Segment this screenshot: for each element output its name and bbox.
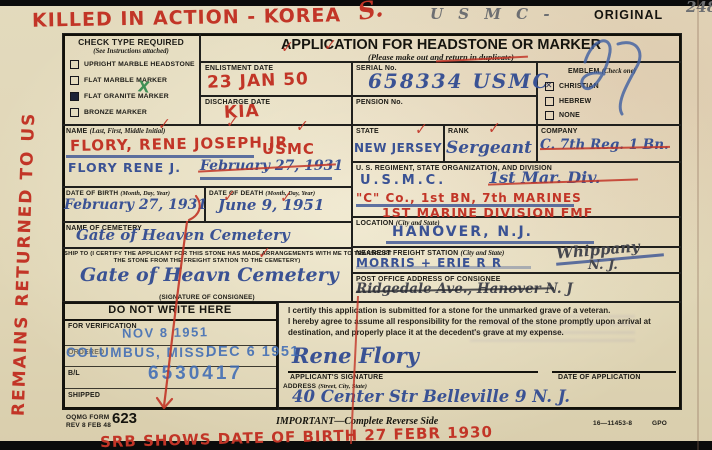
checkbox-hebrew: [545, 97, 554, 106]
red-checkmark: ✓: [488, 120, 502, 137]
kia-korea-annotation: KILLED IN ACTION - KOREA: [32, 4, 341, 31]
blue-underline-name-date: [200, 177, 332, 180]
name-label: NAME: [66, 128, 87, 135]
state-label: STATE: [356, 128, 379, 136]
option-hebrew: HEBREW: [559, 98, 591, 106]
date-of-application-line: [552, 371, 676, 373]
print-code: 16—11453-8: [593, 420, 632, 427]
check-type-title: CHECK TYPE REQUIRED: [66, 38, 196, 48]
enlistment-value: 23 JAN 50: [207, 69, 310, 93]
form-number: 623: [112, 411, 137, 426]
regiment-correction-2: 1ST MARINE DIVISION FMF: [382, 205, 593, 220]
check-type-subtitle: (See Instructions attached): [66, 48, 196, 56]
company-value: C. 7th Reg. 1 Bn.: [540, 137, 669, 153]
pencil-page-number: 248: [686, 0, 712, 15]
form-title: APPLICATION FOR HEADSTONE OR MARKER: [200, 38, 682, 53]
emblem-note: (Check one): [602, 68, 636, 75]
rank-value: Sergeant: [446, 138, 532, 158]
location-label: LOCATION: [356, 220, 394, 227]
red-checkmark: ✓: [223, 188, 237, 205]
checkbox-flat-granite-marker-checked: [70, 92, 79, 101]
gpo-label: GPO: [652, 420, 667, 427]
shipped-label: SHIPPED: [68, 392, 100, 400]
dob-value: February 27, 1931: [64, 197, 207, 213]
option-upright-marble-headstone: UPRIGHT MARBLE HEADSTONE: [84, 61, 195, 69]
emblem-label: EMBLEM: [568, 68, 600, 75]
faded-stamp-smudge: [470, 315, 635, 343]
red-checkmark: ✓: [415, 121, 429, 138]
option-flat-granite-marker: FLAT GRANITE MARKER: [84, 93, 169, 101]
date-of-application-label: DATE OF APPLICATION: [558, 374, 641, 382]
option-bronze-marker: BRONZE MARKER: [84, 109, 147, 117]
do-not-write-title-rule: [63, 319, 277, 321]
bl-number-stamp: 6530417: [148, 363, 243, 385]
checkbox-flat-marble-marker: [70, 76, 79, 85]
red-checkmark: ✓: [258, 245, 272, 262]
location-value: HANOVER, N.J.: [392, 224, 533, 240]
option-flat-marble-marker: FLAT MARBLE MARKER: [84, 77, 167, 85]
red-checkmark: ✓: [324, 37, 338, 54]
do-not-write-title: DO NOT WRITE HERE: [64, 305, 276, 316]
regiment-correction-1: "C" Co., 1st BN, 7th MARINES: [356, 191, 582, 205]
serial-value: 658334 USMC: [368, 69, 550, 93]
ordered-date-stamp: DEC 6 1951: [206, 344, 300, 360]
red-checkmark: ✓: [281, 39, 295, 56]
applicant-signature-value: Rene Flory: [292, 343, 419, 368]
pension-label: PENSION No.: [356, 99, 403, 107]
red-checkmark: ✓: [158, 116, 172, 133]
ship-to-label-line1: SHIP TO (I CERTIFY THE APPLICANT FOR THI…: [64, 251, 350, 258]
blue-smudge-freight: [356, 266, 531, 269]
state-value: NEW JERSEY: [354, 141, 442, 155]
red-ink-scribble: S.: [356, 0, 385, 24]
cemetery-value: Gate of Heaven Cemetery: [76, 226, 290, 244]
name-note: (Last, First, Middle Initial): [90, 128, 166, 135]
name-value-blue: FLORY RENE J.: [68, 160, 181, 175]
checkbox-upright-marble-headstone: [70, 60, 79, 69]
original-label: ORIGINAL: [594, 9, 663, 22]
name-branch-red: USMC: [262, 140, 315, 158]
red-checkmark: ✓: [296, 118, 310, 135]
rank-label: RANK: [448, 128, 469, 136]
address-value: 40 Center Str Belleville 9 N. J.: [292, 387, 570, 406]
red-checkmark: ✓: [280, 189, 294, 206]
signature-of-consignee-label: (SIGNATURE OF CONSIGNEE): [62, 294, 352, 301]
checkbox-none: [545, 111, 554, 120]
bl-label: B/L: [68, 370, 80, 378]
signature-line: [288, 371, 538, 373]
option-christian: CHRISTIAN: [559, 83, 599, 91]
checkbox-bronze-marker: [70, 108, 79, 117]
name-value-red: FLORY, RENE JOSEPH JR: [70, 133, 288, 155]
form-id-line1: OQMG FORM: [66, 414, 109, 421]
company-label: COMPANY: [541, 128, 578, 136]
dnwh-rule-3: [63, 388, 277, 389]
applicant-signature-label: APPLICANT'S SIGNATURE: [290, 374, 383, 382]
verification-date-stamp: NOV 8 1951: [122, 324, 209, 341]
ordered-place-stamp: COLUMBUS, MISS.: [66, 345, 211, 360]
pencil-usmc-annotation: U S M C -: [430, 7, 555, 22]
dob-label: DATE OF BIRTH: [66, 190, 118, 197]
red-checkmark: ✓: [226, 114, 240, 131]
remains-returned-margin-note: REMAINS RETURNED TO US: [10, 81, 47, 448]
green-x-mark: X: [137, 79, 151, 95]
regiment-value-usmc: U.S.M.C.: [360, 173, 446, 188]
christian-x-mark: ✕: [545, 82, 553, 91]
ship-to-value: Gate of Heavn Cemetery: [80, 264, 339, 286]
dob-note: (Month, Day, Year): [120, 190, 170, 197]
freight-pencil-value-2: N. J.: [588, 258, 618, 273]
scanned-headstone-application-form: KILLED IN ACTION - KOREA S. U S M C - OR…: [0, 0, 712, 450]
form-id-line2: REV 8 FEB 48: [66, 422, 111, 429]
option-none: NONE: [559, 112, 580, 120]
